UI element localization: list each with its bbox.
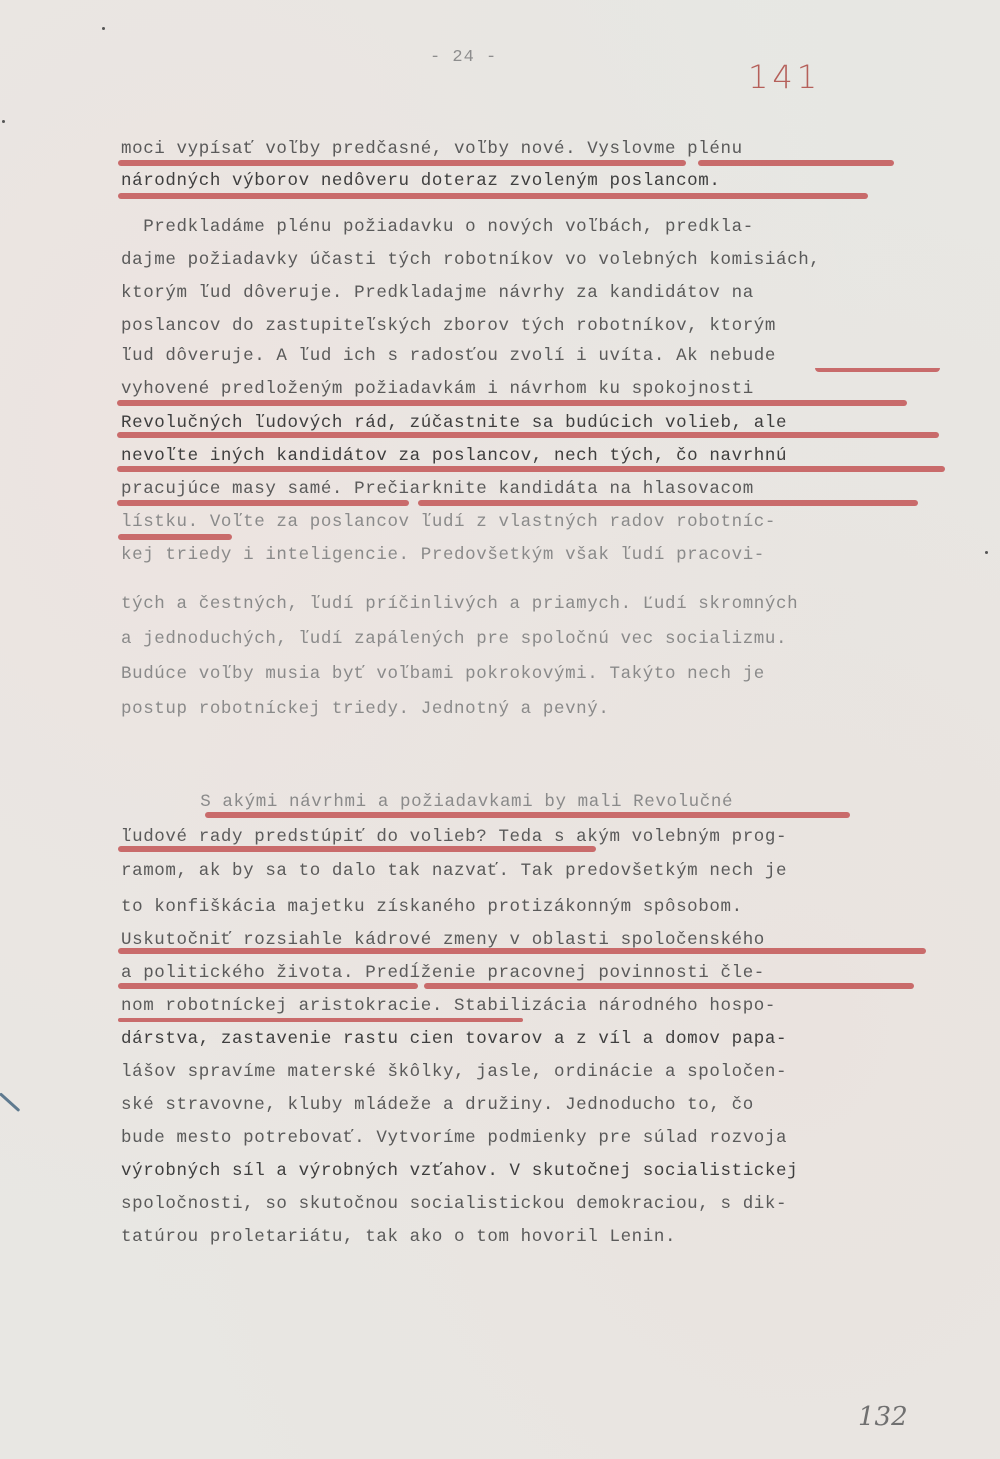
- text-line: tých a čestných, ľudí príčinlivých a pri…: [121, 593, 798, 615]
- page-number: - 24 -: [430, 48, 497, 67]
- red-pencil-underline: [815, 368, 940, 372]
- red-pencil-underline: [698, 160, 894, 166]
- text-line: S akými návrhmi a požiadavkami by mali R…: [178, 791, 733, 813]
- paper-speck: [985, 551, 988, 554]
- text-line: postup robotníckej triedy. Jednotný a pe…: [121, 698, 609, 720]
- text-line: poslancov do zastupiteľských zborov tých…: [121, 315, 776, 337]
- text-line: moci vypísať voľby predčasné, voľby nové…: [121, 138, 743, 160]
- red-pencil-underline: [118, 846, 596, 852]
- paper-speck: [2, 120, 5, 123]
- text-line: Predkladáme plénu požiadavku o nových vo…: [121, 216, 754, 238]
- archive-number-handwritten: 141: [748, 58, 821, 96]
- text-line: kej triedy i inteligencie. Predovšetkým …: [121, 544, 765, 566]
- red-pencil-underline: [117, 400, 907, 406]
- text-line: lístku. Voľte za poslancov ľudí z vlastn…: [121, 511, 776, 533]
- text-line: dárstva, zastavenie rastu cien tovarov a…: [121, 1028, 787, 1050]
- paper-speck: [102, 27, 105, 30]
- red-pencil-underline: [424, 983, 914, 989]
- text-line: dajme požiadavky účasti tých robotníkov …: [121, 249, 820, 271]
- red-pencil-underline: [118, 983, 418, 989]
- stray-pen-mark: [0, 1092, 20, 1112]
- text-line: výrobných síl a výrobných vzťahov. V sku…: [121, 1160, 798, 1182]
- text-line: vyhovené predloženým požiadavkám i návrh…: [121, 378, 754, 400]
- text-line: ramom, ak by sa to dalo tak nazvať. Tak …: [121, 860, 787, 882]
- text-line: nom robotníckej aristokracie. Stabilizác…: [121, 995, 776, 1017]
- text-line: pracujúce masy samé. Prečiarknite kandid…: [121, 478, 754, 500]
- text-line: a jednoduchých, ľudí zapálených pre spol…: [121, 628, 787, 650]
- text-line: ské stravovne, kluby mládeže a družiny. …: [121, 1094, 754, 1116]
- text-line: to konfiškácia majetku získaného protizá…: [121, 896, 743, 918]
- text-line: ľudové rady predstúpiť do volieb? Teda s…: [121, 826, 787, 848]
- text-line: Revolučných ľudových rád, zúčastnite sa …: [121, 412, 787, 434]
- scanned-document-page: - 24 - 141 moci vypísať voľby predčasné,…: [0, 0, 1000, 1459]
- folio-number-handwritten: 132: [858, 1402, 908, 1432]
- red-pencil-underline: [117, 466, 945, 472]
- text-line: bude mesto potrebovať. Vytvoríme podmien…: [121, 1127, 787, 1149]
- text-line: národných výborov nedôveru doteraz zvole…: [121, 170, 721, 192]
- text-line: a politického života. Predĺženie pracovn…: [121, 962, 765, 984]
- text-line: nevoľte iných kandidátov za poslancov, n…: [121, 445, 787, 467]
- red-pencil-underline: [117, 500, 409, 506]
- red-pencil-underline: [118, 160, 686, 166]
- red-pencil-underline: [118, 1018, 523, 1022]
- red-pencil-underline: [118, 948, 926, 954]
- red-pencil-underline: [117, 432, 939, 438]
- red-pencil-underline: [118, 534, 232, 540]
- red-pencil-underline: [205, 812, 850, 818]
- red-pencil-underline: [118, 193, 868, 199]
- text-line: ľud dôveruje. A ľud ich s radosťou zvolí…: [121, 345, 776, 367]
- text-line: tatúrou proletariátu, tak ako o tom hovo…: [121, 1226, 676, 1248]
- text-line: lášov spravíme materské škôlky, jasle, o…: [121, 1061, 787, 1083]
- text-line: ktorým ľud dôveruje. Predkladajme návrhy…: [121, 282, 754, 304]
- text-line: Budúce voľby musia byť voľbami pokrokový…: [121, 663, 765, 685]
- text-line: spoločnosti, so skutočnou socialistickou…: [121, 1193, 787, 1215]
- red-pencil-underline: [418, 500, 918, 506]
